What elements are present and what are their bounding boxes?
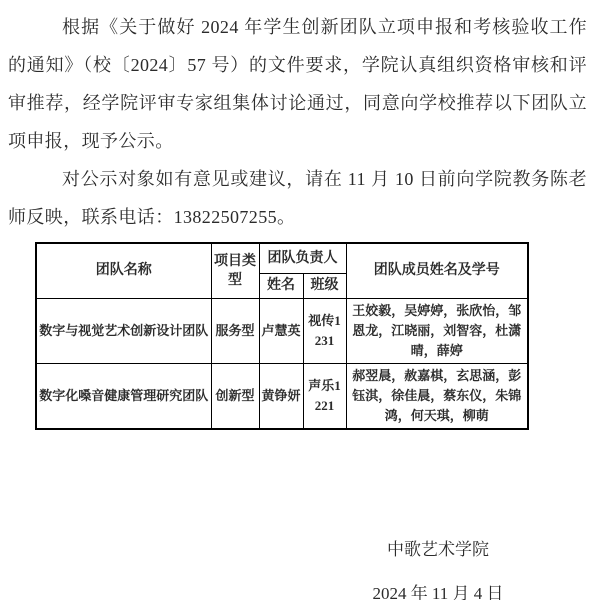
cell-leader-class: 声乐1221 (303, 363, 346, 429)
header-cell-leader-group: 团队负责人 (259, 243, 346, 273)
cell-leader-name: 黄铮妍 (259, 363, 303, 429)
header-cell-leader-name: 姓名 (259, 273, 303, 298)
cell-leader-class: 视传1231 (303, 298, 346, 363)
cell-members: 郝翌晨，赦嘉棋，玄思涵，彭钰淇，徐佳晨，蔡东仪，朱锦鸿，何天琪，柳萌 (346, 363, 528, 429)
cell-project-type: 服务型 (211, 298, 259, 363)
table-row: 数字与视觉艺术创新设计团队 服务型 卢慧英 视传1231 王姣毅，吴婷婷，张欣怡… (36, 298, 528, 363)
signature-date: 2024 年 11 月 4 日 (333, 582, 543, 600)
cell-team-name: 数字与视觉艺术创新设计团队 (36, 298, 211, 363)
header-cell-members: 团队成员姓名及学号 (346, 243, 528, 298)
header-cell-team-name: 团队名称 (36, 243, 211, 298)
notice-paragraph-1: 根据《关于做好 2024 年学生创新团队立项申报和考核验收工作的通知》（校〔20… (8, 8, 587, 160)
table-wrapper: 团队名称 项目类型 团队负责人 团队成员姓名及学号 姓名 班级 数字与视觉艺术创… (35, 242, 587, 430)
cell-leader-name: 卢慧英 (259, 298, 303, 363)
notice-paragraph-2: 对公示对象如有意见或建议，请在 11 月 10 日前向学院教务陈老师反映，联系电… (8, 160, 587, 236)
signature-block: 中歌艺术学院 2024 年 11 月 4 日 (333, 538, 543, 600)
header-cell-leader-class: 班级 (303, 273, 346, 298)
cell-members: 王姣毅，吴婷婷，张欣怡，邹恩龙，江晓丽，刘智容，杜潇晴，薛婷 (346, 298, 528, 363)
page-container: 根据《关于做好 2024 年学生创新团队立项申报和考核验收工作的通知》（校〔20… (0, 0, 599, 600)
signature-org: 中歌艺术学院 (333, 538, 543, 562)
header-cell-project-type: 项目类型 (211, 243, 259, 298)
public-notice-table: 团队名称 项目类型 团队负责人 团队成员姓名及学号 姓名 班级 数字与视觉艺术创… (35, 242, 529, 430)
cell-project-type: 创新型 (211, 363, 259, 429)
cell-team-name: 数字化嗓音健康管理研究团队 (36, 363, 211, 429)
table-header-row-top: 团队名称 项目类型 团队负责人 团队成员姓名及学号 (36, 243, 528, 273)
table-row: 数字化嗓音健康管理研究团队 创新型 黄铮妍 声乐1221 郝翌晨，赦嘉棋，玄思涵… (36, 363, 528, 429)
